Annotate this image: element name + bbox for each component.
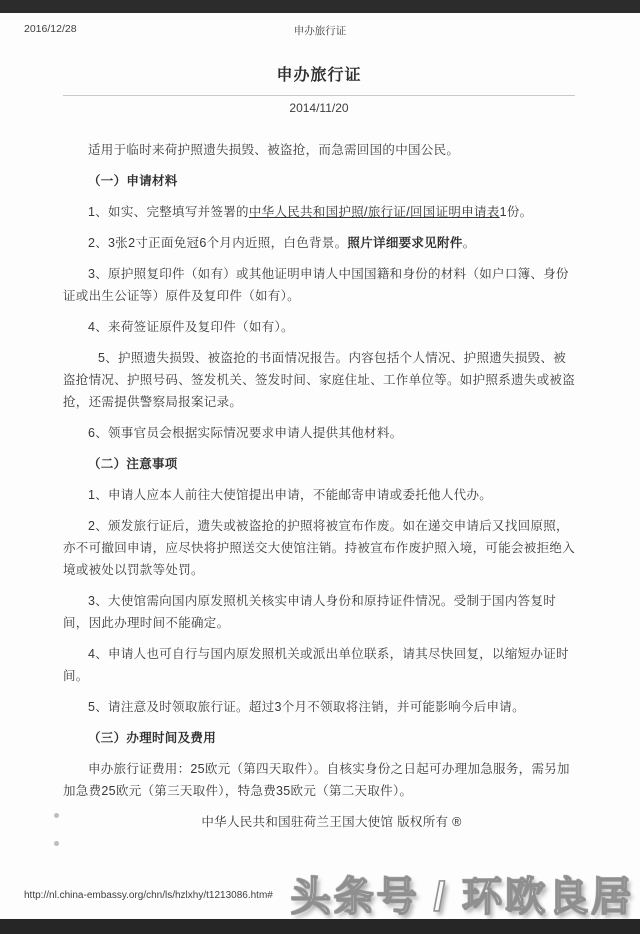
photo-requirements-note: 照片详细要求见附件 — [347, 236, 462, 250]
material-item-6: 6、领事官员会根据实际情况要求申请人提供其他材料。 — [63, 422, 575, 444]
print-header-title: 申办旅行证 — [0, 23, 640, 38]
material-item-5: 5、护照遗失损毁、被盗抢的书面情况报告。内容包括个人情况、护照遗失损毁、被盗抢情… — [63, 347, 575, 413]
section-2-heading: （二）注意事项 — [63, 453, 575, 475]
publish-date: 2014/11/20 — [63, 101, 575, 115]
section-1-heading: （一）申请材料 — [63, 170, 575, 192]
material-item-2: 2、3张2寸正面免冠6个月内近照，白色背景。照片详细要求见附件。 — [63, 232, 575, 254]
material-item-1-suffix: 1份。 — [500, 205, 533, 219]
notice-item-5: 5、请注意及时领取旅行证。超过3个月不领取将注销，并可能影响今后申请。 — [63, 696, 575, 718]
article-body: 适用于临时来荷护照遗失损毁、被盗抢，而急需回国的中国公民。 （一）申请材料 1、… — [63, 139, 575, 833]
material-item-2-suffix: 。 — [463, 236, 476, 250]
material-item-4: 4、来荷签证原件及复印件（如有）。 — [63, 316, 575, 338]
fee-paragraph: 申办旅行证费用：25欧元（第四天取件）。自核实身份之日起可办理加急服务，需另加加… — [63, 758, 575, 802]
copyright-line: 中华人民共和国驻荷兰王国大使馆 版权所有 ® — [63, 811, 575, 833]
notice-item-4: 4、申请人也可自行与国内原发照机关或派出单位联系，请其尽快回复，以缩短办证时间。 — [63, 643, 575, 687]
margin-dot-artifact — [54, 841, 59, 846]
footer-url: http://nl.china-embassy.org/chn/ls/hzlxh… — [24, 890, 273, 901]
top-scan-bar — [0, 0, 640, 13]
material-item-3: 3、原护照复印件（如有）或其他证明申请人中国国籍和身份的材料（如户口簿、身份证或… — [63, 263, 575, 307]
margin-dot-artifact — [54, 813, 59, 818]
material-item-1: 1、如实、完整填写并签署的中华人民共和国护照/旅行证/回国证明申请表1份。 — [63, 201, 575, 223]
document-page: 申办旅行证 2014/11/20 适用于临时来荷护照遗失损毁、被盗抢，而急需回国… — [63, 58, 575, 842]
section-3-heading: （三）办理时间及费用 — [63, 727, 575, 749]
bottom-scan-bar — [0, 919, 640, 934]
title-divider — [63, 95, 575, 96]
notice-item-3: 3、大使馆需向国内原发照机关核实申请人身份和原持证件情况。受制于国内答复时间，因… — [63, 590, 575, 634]
intro-paragraph: 适用于临时来荷护照遗失损毁、被盗抢，而急需回国的中国公民。 — [63, 139, 575, 161]
watermark-text: 头条号 / 环欧良居 — [291, 877, 634, 917]
material-item-2-prefix: 2、3张2寸正面免冠6个月内近照，白色背景。 — [88, 236, 347, 250]
notice-item-1: 1、申请人应本人前往大使馆提出申请，不能邮寄申请或委托他人代办。 — [63, 484, 575, 506]
page-title: 申办旅行证 — [63, 58, 575, 85]
application-form-link[interactable]: 中华人民共和国护照/旅行证/回国证明申请表 — [249, 205, 500, 219]
notice-item-2: 2、颁发旅行证后，遗失或被盗抢的护照将被宣布作废。如在递交申请后又找回原照，亦不… — [63, 515, 575, 581]
material-item-1-prefix: 1、如实、完整填写并签署的 — [88, 205, 249, 219]
print-header: 2016/12/28 申办旅行证 — [0, 23, 640, 37]
